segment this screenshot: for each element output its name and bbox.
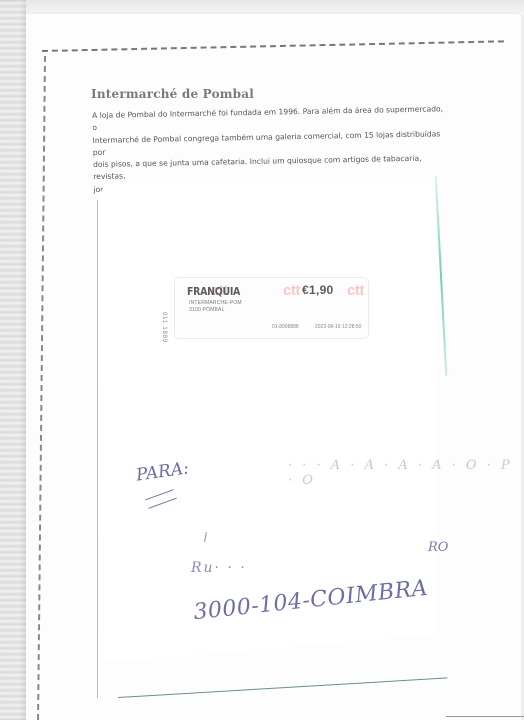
envelope-left-edge [97, 200, 98, 698]
document-title: Intermarché de Pombal [91, 87, 254, 101]
document-body: A loja de Pombal do Intermarché foi fund… [92, 103, 449, 196]
sender-line-2: 3100 POMBAL [189, 307, 225, 313]
franking-code: 01-8908888 [272, 324, 299, 330]
plastic-sleeve-binding [0, 0, 26, 720]
page-bottom-edge [446, 716, 524, 720]
franking-title: FRANQUIA [187, 286, 240, 298]
franking-label: ctt ctt ctt FRANQUIA €1,90 INTERMARCHE-P… [175, 278, 368, 338]
handwritten-street-fragment: Ru· · · [191, 560, 247, 576]
franking-amount: €1,90 [302, 283, 334, 297]
handwritten-street-suffix: RO [428, 540, 448, 555]
sleeve-top-edge [0, 0, 524, 14]
ctt-watermark: ctt [347, 282, 364, 299]
sender-line-1: INTERMARCHE-POM [189, 300, 242, 306]
franking-datetime: 2023-06-19 12:28:50 [315, 324, 361, 330]
handwritten-name-fragment: · · · A · A · A · A · O · P · O [288, 458, 524, 488]
ctt-watermark: ctt [283, 282, 300, 299]
franking-vertical-id: 011 1889 [161, 312, 167, 343]
